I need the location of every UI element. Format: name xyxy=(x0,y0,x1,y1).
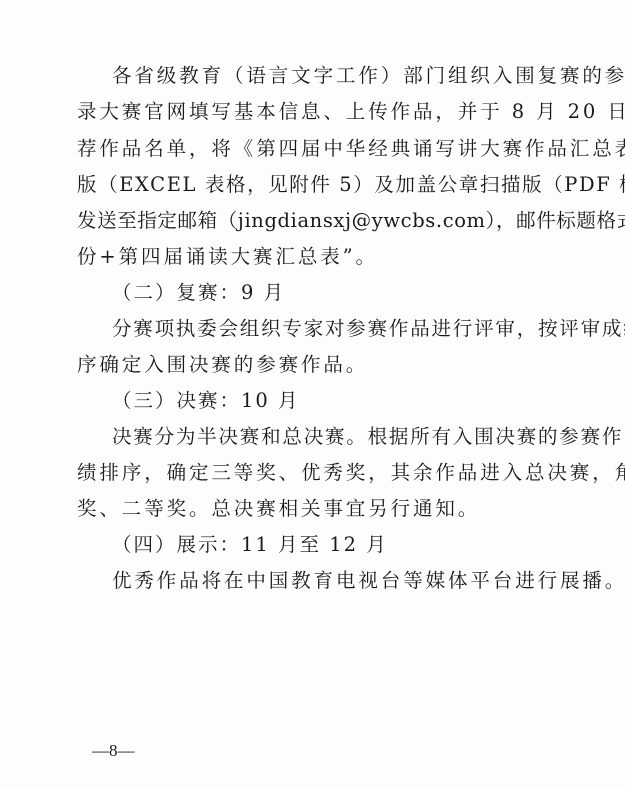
paragraph-line: 优秀作品将在中国教育电视台等媒体平台进行展播。 xyxy=(112,569,563,593)
paragraph-line: 各省级教育（语言文字工作）部门组织入围复赛的参赛者登 xyxy=(112,64,563,88)
paragraph-line: 荐作品名单，将《第四届中华经典诵写讲大赛作品汇总表》电子 xyxy=(77,137,563,161)
paragraph-line: 录大赛官网填写基本信息、上传作品，并于 8 月 20 日前确认推 xyxy=(77,100,563,124)
section-heading-semifinal: （二）复赛：9 月 xyxy=(112,281,285,305)
paragraph-line: 发送至指定邮箱（jingdiansxj@ywcbs.com），邮件标题格式为“省 xyxy=(77,209,563,233)
section-heading-showcase: （四）展示：11 月至 12 月 xyxy=(112,533,388,557)
document-page: 各省级教育（语言文字工作）部门组织入围复赛的参赛者登 录大赛官网填写基本信息、上… xyxy=(0,0,625,787)
paragraph-line: 决赛分为半决赛和总决赛。根据所有入围决赛的参赛作品成 xyxy=(112,425,563,449)
section-heading-final: （三）决赛：10 月 xyxy=(112,389,300,413)
paragraph-line: 版（EXCEL 表格，见附件 5）及加盖公章扫描版（PDF 格式） xyxy=(77,173,563,197)
paragraph-line: 序确定入围决赛的参赛作品。 xyxy=(77,353,563,377)
page-number: —8— xyxy=(92,741,135,761)
paragraph-line: 分赛项执委会组织专家对参赛作品进行评审，按评审成绩排 xyxy=(112,317,563,341)
paragraph-line: 绩排序，确定三等奖、优秀奖，其余作品进入总决赛，角逐一等 xyxy=(77,461,563,485)
paragraph-line: 奖、二等奖。总决赛相关事宜另行通知。 xyxy=(77,497,563,521)
paragraph-line: 份+第四届诵读大赛汇总表”。 xyxy=(77,245,563,269)
